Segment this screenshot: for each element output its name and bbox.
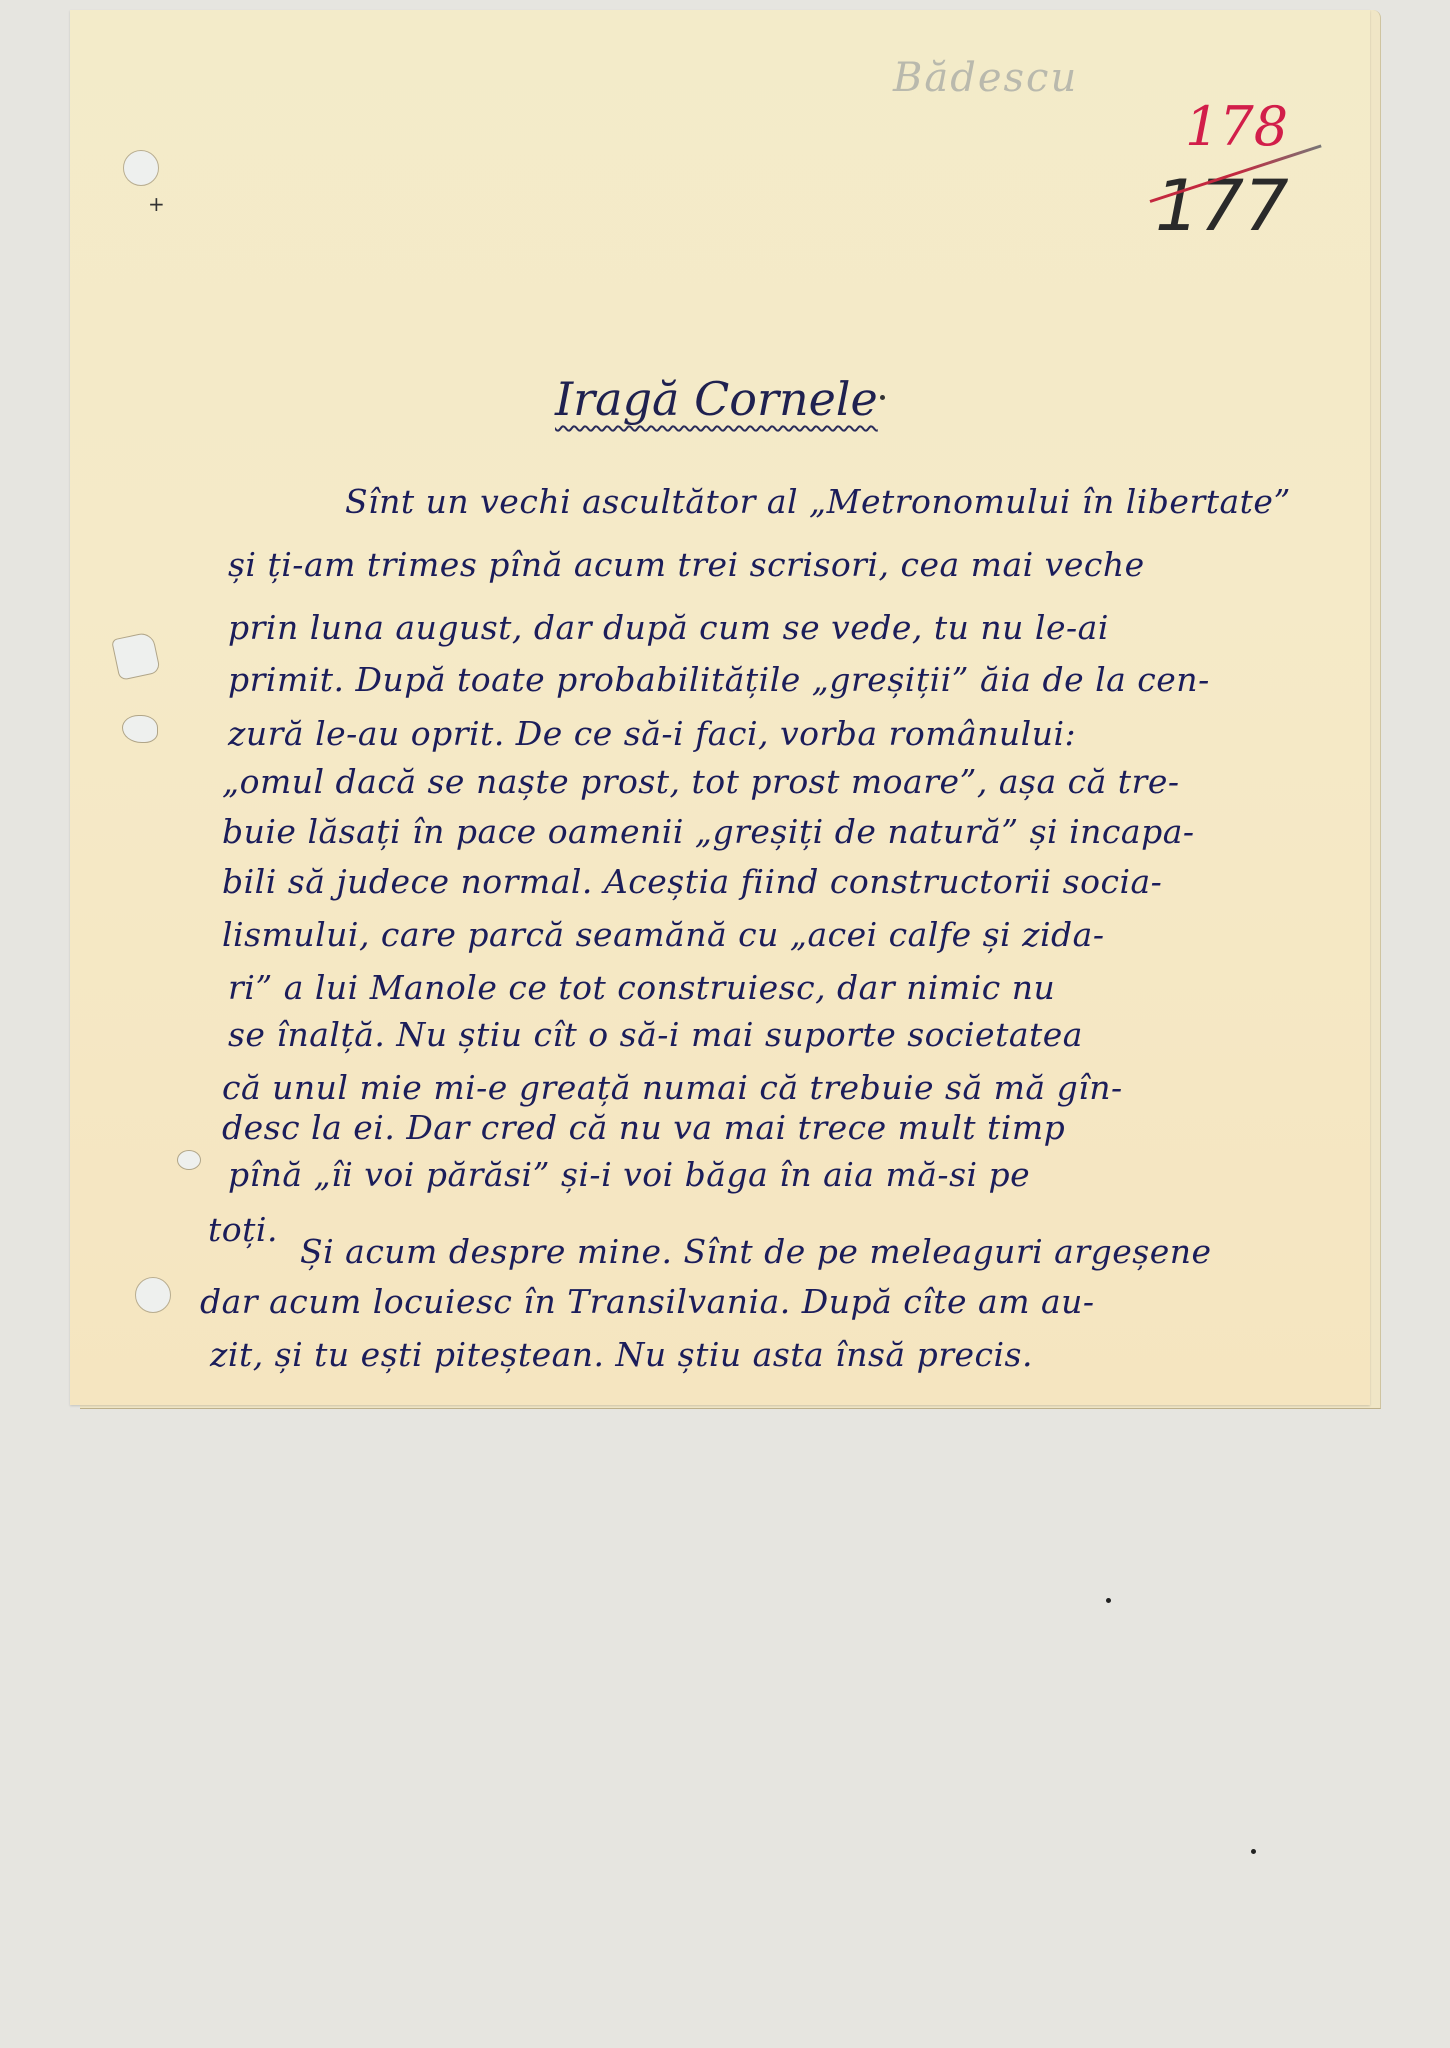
pencil-cross-mark: + xyxy=(148,192,165,216)
torn-hole xyxy=(122,715,158,743)
letter-line: și ți-am trimes pînă acum trei scrisori,… xyxy=(228,545,1145,584)
torn-hole xyxy=(111,631,161,681)
letter-title: Iragă Cornele xyxy=(555,372,878,426)
letter-line: se înalță. Nu știu cît o să-i mai suport… xyxy=(228,1015,1083,1054)
letter-line: zit, și tu ești piteștean. Nu știu asta … xyxy=(210,1335,1033,1374)
punch-hole xyxy=(135,1277,171,1313)
letter-line: toți. xyxy=(208,1210,278,1249)
dust-speck xyxy=(1251,1849,1256,1854)
letter-line: desc la ei. Dar cred că nu va mai trece … xyxy=(222,1108,1065,1147)
letter-line: buie lăsați în pace oamenii „greșiți de … xyxy=(222,812,1195,851)
punch-hole xyxy=(123,150,159,186)
letter-line: lismului, care parcă seamănă cu „acei ca… xyxy=(222,915,1105,954)
torn-hole xyxy=(177,1150,201,1170)
letter-line: primit. După toate probabilitățile „greș… xyxy=(228,660,1210,699)
letter-line: dar acum locuiesc în Transilvania. După … xyxy=(200,1282,1095,1321)
letter-line: Sînt un vechi ascultător al „Metronomulu… xyxy=(345,482,1291,521)
letter-line: ri” a lui Manole ce tot construiesc, dar… xyxy=(228,968,1055,1007)
letter-line: zură le-au oprit. De ce să-i faci, vorba… xyxy=(228,714,1076,753)
letter-line: prin luna august, dar după cum se vede, … xyxy=(228,608,1109,647)
letter-line: Și acum despre mine. Sînt de pe meleagur… xyxy=(300,1232,1212,1271)
folio-number-red: 178 xyxy=(1185,95,1288,158)
pencil-annotation-name: Bădescu xyxy=(893,55,1078,101)
letter-line: „omul dacă se naște prost, tot prost moa… xyxy=(222,762,1180,801)
letter-line: bili să judece normal. Aceștia fiind con… xyxy=(222,862,1162,901)
letter-line: că unul mie mi-e greață numai că trebuie… xyxy=(222,1068,1123,1107)
letter-line: pînă „îi voi părăsi” și-i voi băga în ai… xyxy=(228,1155,1030,1194)
dust-speck xyxy=(1106,1598,1111,1603)
title-period xyxy=(880,395,885,400)
